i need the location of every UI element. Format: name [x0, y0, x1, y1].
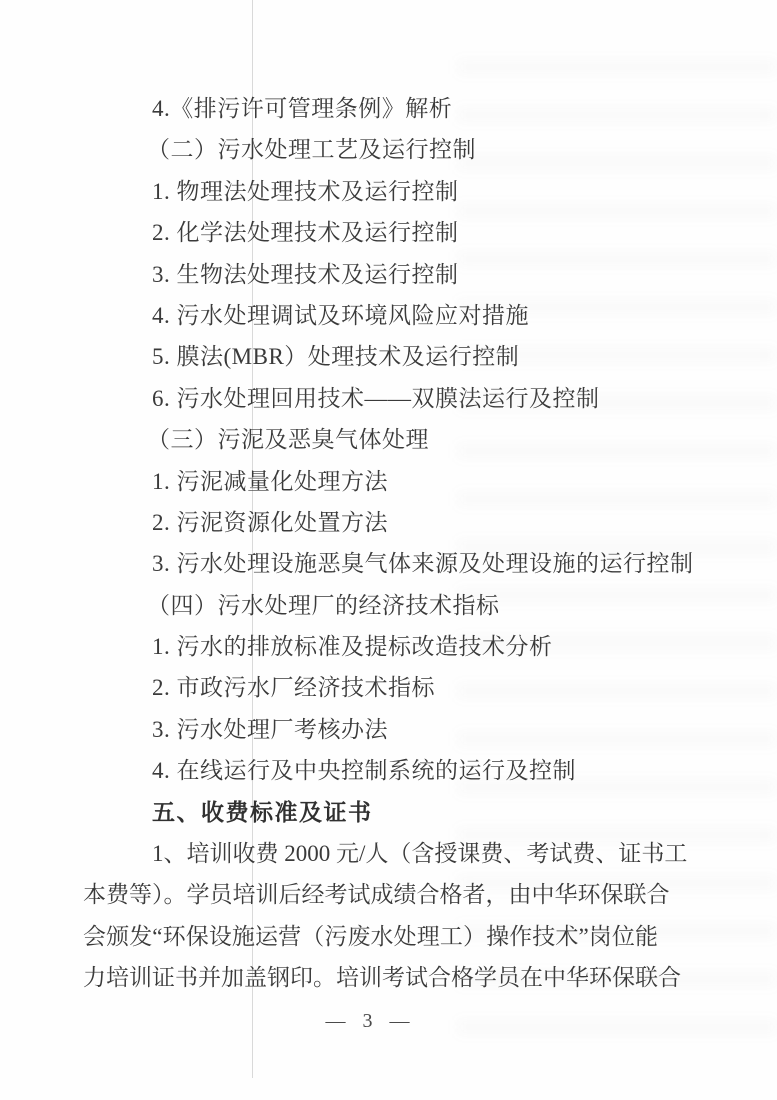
document-body: 4.《排污许可管理条例》解析 （二）污水处理工艺及运行控制 1. 物理法处理技术…: [83, 88, 658, 999]
outline-line: 3. 生物法处理技术及运行控制: [83, 254, 658, 295]
outline-subheading: （四）污水处理厂的经济技术指标: [83, 585, 658, 626]
outline-line: 5. 膜法(MBR）处理技术及运行控制: [83, 336, 658, 377]
outline-line: 1. 污泥减量化处理方法: [83, 461, 658, 502]
page-number-footer: — 3 —: [83, 1010, 658, 1033]
paragraph-line: 1、培训收费 2000 元/人（含授课费、考试费、证书工: [83, 833, 658, 874]
outline-line: 2. 化学法处理技术及运行控制: [83, 212, 658, 253]
outline-line: 4. 污水处理调试及环境风险应对措施: [83, 295, 658, 336]
outline-line: 4.《排污许可管理条例》解析: [83, 88, 658, 129]
outline-subheading: （三）污泥及恶臭气体处理: [83, 419, 658, 460]
paragraph-line: 本费等）。学员培训后经考试成绩合格者，由中华环保联合: [83, 874, 658, 915]
outline-line: 4. 在线运行及中央控制系统的运行及控制: [83, 750, 658, 791]
outline-line: 3. 污水处理设施恶臭气体来源及处理设施的运行控制: [83, 543, 658, 584]
outline-line: 2. 市政污水厂经济技术指标: [83, 667, 658, 708]
paragraph-line: 会颁发“环保设施运营（污废水处理工）操作技术”岗位能: [83, 916, 658, 957]
outline-line: 2. 污泥资源化处置方法: [83, 502, 658, 543]
outline-line: 3. 污水处理厂考核办法: [83, 709, 658, 750]
scanned-document-page: 4.《排污许可管理条例》解析 （二）污水处理工艺及运行控制 1. 物理法处理技术…: [0, 0, 777, 1100]
outline-line: 6. 污水处理回用技术——双膜法运行及控制: [83, 378, 658, 419]
section-heading: 五、收费标准及证书: [83, 792, 658, 833]
outline-line: 1. 污水的排放标准及提标改造技术分析: [83, 626, 658, 667]
paragraph-line: 力培训证书并加盖钢印。培训考试合格学员在中华环保联合: [83, 957, 658, 998]
outline-subheading: （二）污水处理工艺及运行控制: [83, 129, 658, 170]
outline-line: 1. 物理法处理技术及运行控制: [83, 171, 658, 212]
